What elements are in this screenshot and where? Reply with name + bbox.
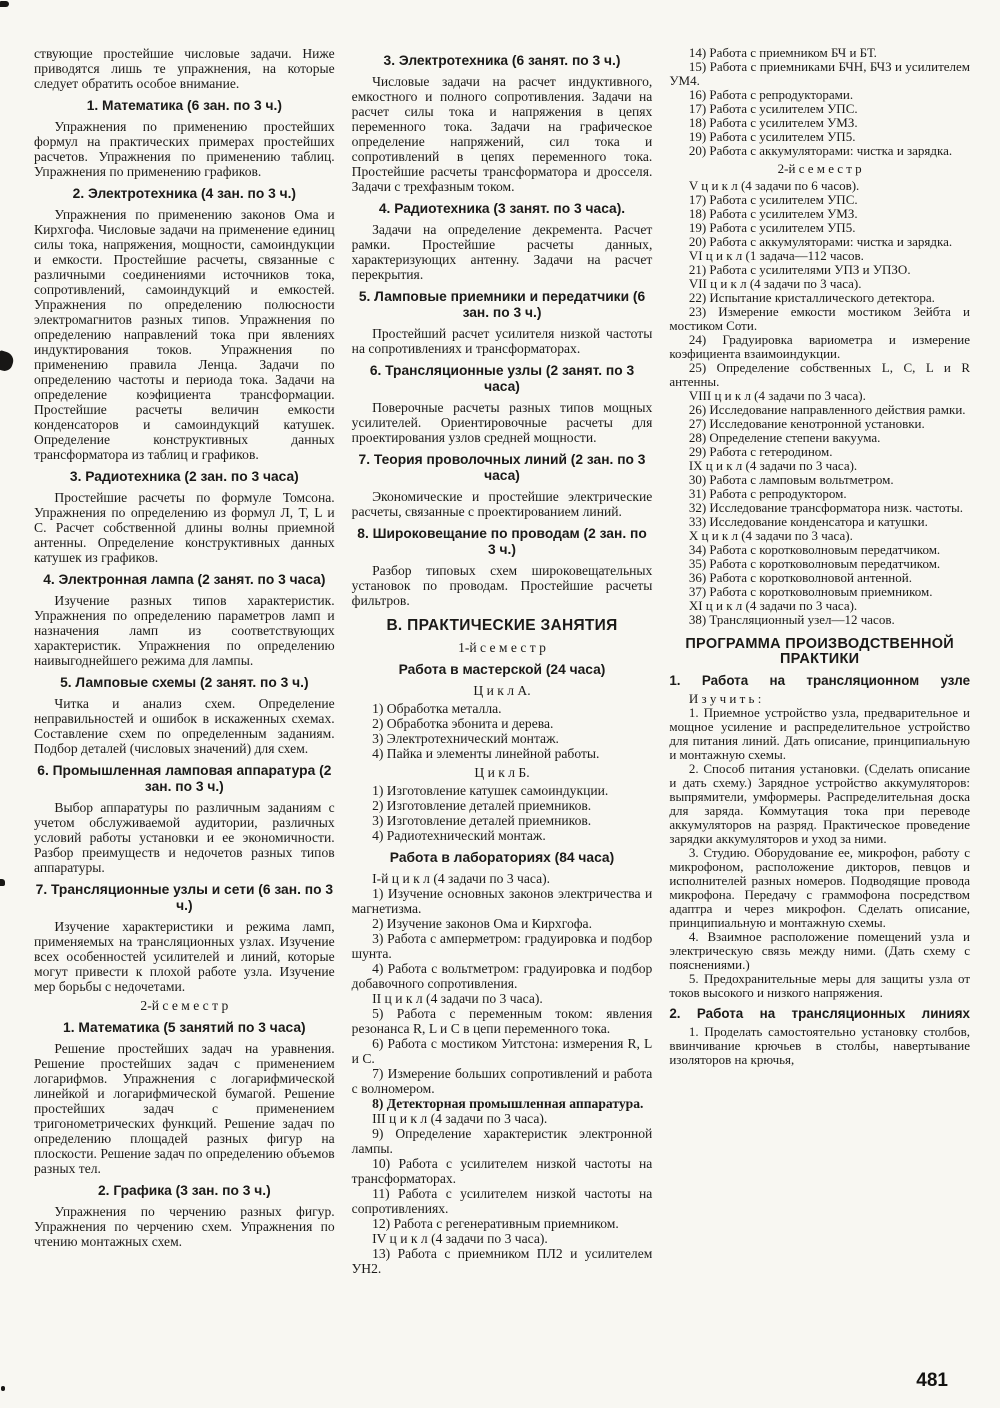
paragraph: Упражнения по черчению разных фигур. Упр… bbox=[34, 1204, 335, 1249]
paragraph: 9) Определение характеристик электронной… bbox=[352, 1126, 653, 1156]
paragraph: VIII ц и к л (4 задачи по 3 часа). bbox=[669, 389, 970, 403]
text-columns: ствующие простейшие числовые задачи. Ниж… bbox=[34, 46, 970, 1276]
paragraph: Изучение разных типов характеристик. Упр… bbox=[34, 593, 335, 668]
paragraph: 2. Способ питания установки. (Сделать оп… bbox=[669, 762, 970, 846]
section-heading: 3. Радиотехника (2 зан. по 3 часа) bbox=[34, 469, 335, 485]
centered-label: 1-й с е м е с т р bbox=[352, 640, 653, 655]
section-heading: 1. Математика (6 зан. по 3 ч.) bbox=[34, 98, 335, 114]
paragraph: 1) Изготовление катушек самоиндукции. bbox=[352, 783, 653, 798]
paragraph: 23) Измерение емкости мостиком Зейбта и … bbox=[669, 305, 970, 333]
paragraph: 36) Работа с коротковолновой антенной. bbox=[669, 571, 970, 585]
subsection-heading: 1. Работа на трансляционном узле bbox=[669, 673, 970, 689]
paragraph: V ц и к л (4 задачи по 6 часов). bbox=[669, 179, 970, 193]
paragraph: 31) Работа с репродуктором. bbox=[669, 487, 970, 501]
centered-label: Ц и к л А. bbox=[352, 683, 653, 698]
paragraph: 11) Работа с усилителем низкой частоты н… bbox=[352, 1186, 653, 1216]
section-heading: 3. Электротехника (6 занят. по 3 ч.) bbox=[352, 53, 653, 69]
paragraph: X ц и к л (4 задачи по 3 часа). bbox=[669, 529, 970, 543]
paragraph: 13) Работа с приемником ПЛ2 и усилителем… bbox=[352, 1246, 653, 1276]
paragraph: VII ц и к л (4 задачи по 3 часа). bbox=[669, 277, 970, 291]
paragraph: 34) Работа с коротковолновым передатчико… bbox=[669, 543, 970, 557]
paragraph: 21) Работа с усилителями УПЗ и УПЗО. bbox=[669, 263, 970, 277]
paragraph: 5. Предохранительные меры для защиты узл… bbox=[669, 972, 970, 1000]
paragraph: 3) Работа с амперметром: градуировка и п… bbox=[352, 931, 653, 961]
paragraph: Поверочные расчеты разных типов мощных у… bbox=[352, 400, 653, 445]
paragraph: 20) Работа с аккумуляторами: чистка и за… bbox=[669, 235, 970, 249]
paragraph: 35) Работа с коротковолновым передатчико… bbox=[669, 557, 970, 571]
ink-smudge bbox=[0, 1, 9, 7]
paragraph: Числовые задачи на расчет индуктивного, … bbox=[352, 74, 653, 194]
paragraph-continuation: ствующие простейшие числовые задачи. Ниж… bbox=[34, 46, 335, 91]
section-heading: 5. Ламповые приемники и передатчики (6 з… bbox=[352, 289, 653, 321]
paragraph: 27) Исследование кенотронной установки. bbox=[669, 417, 970, 431]
section-heading: 6. Трансляционные узлы (2 занят. по 3 ча… bbox=[352, 363, 653, 395]
section-heading: 1. Математика (5 занятий по 3 часа) bbox=[34, 1020, 335, 1036]
paragraph: Простейшие расчеты по формуле Томсона. У… bbox=[34, 490, 335, 565]
paragraph: 1) Изучение основных законов электричест… bbox=[352, 886, 653, 916]
paragraph: Экономические и простейшие электрические… bbox=[352, 489, 653, 519]
paragraph: 2) Изучение законов Ома и Кирхгофа. bbox=[352, 916, 653, 931]
paragraph: Простейший расчет усилителя низкой часто… bbox=[352, 326, 653, 356]
paragraph: 7) Измерение больших сопротивлений и раб… bbox=[352, 1066, 653, 1096]
paragraph: 25) Определение собственных L, С, L и R … bbox=[669, 361, 970, 389]
paragraph: 20) Работа с аккумуляторами: чистка и за… bbox=[669, 144, 970, 158]
paragraph: Читка и анализ схем. Определение неправи… bbox=[34, 696, 335, 756]
paragraph: Изучение характеристики и режима ламп, п… bbox=[34, 919, 335, 994]
centered-label: 2-й с е м е с т р bbox=[34, 998, 335, 1013]
paragraph: Упражнения по применению простейших форм… bbox=[34, 119, 335, 179]
paragraph: 6) Работа с мостиком Уитстона: измерения… bbox=[352, 1036, 653, 1066]
paragraph: Решение простейших задач на уравнения. Р… bbox=[34, 1041, 335, 1176]
ink-smudge bbox=[1, 1386, 5, 1391]
paragraph: 4. Взаимное расположение помещений узла … bbox=[669, 930, 970, 972]
paragraph: 17) Работа с усилителем УПС. bbox=[669, 193, 970, 207]
section-heading: 7. Теория проволочных линий (2 зан. по 3… bbox=[352, 452, 653, 484]
column-right: 14) Работа с приемником БЧ и БТ.15) Рабо… bbox=[669, 46, 970, 1276]
paragraph-bold: 8) Детекторная промышленная аппаратура. bbox=[352, 1096, 653, 1111]
paragraph: 1. Приемное устройство узла, предварител… bbox=[669, 706, 970, 762]
paragraph: 4) Пайка и элементы линейной работы. bbox=[352, 746, 653, 761]
paragraph: 3) Электротехнический монтаж. bbox=[352, 731, 653, 746]
paragraph: 3) Изготовление деталей приемников. bbox=[352, 813, 653, 828]
major-heading: ПРОГРАММА ПРОИЗВОДСТВЕННОЙ ПРАКТИКИ bbox=[669, 637, 970, 667]
paragraph: 3. Студию. Оборудование ее, микрофон, ра… bbox=[669, 846, 970, 930]
section-heading: 2. Графика (3 зан. по 3 ч.) bbox=[34, 1183, 335, 1199]
paragraph: И з у ч и т ь : bbox=[669, 692, 970, 706]
paragraph: 17) Работа с усилителем УПС. bbox=[669, 102, 970, 116]
paragraph: IX ц и к л (4 задачи по 3 часа). bbox=[669, 459, 970, 473]
scanned-document-page: ствующие простейшие числовые задачи. Ниж… bbox=[0, 0, 1000, 1408]
section-heading: 7. Трансляционные узлы и сети (6 зан. по… bbox=[34, 882, 335, 914]
paragraph: 1) Обработка металла. bbox=[352, 701, 653, 716]
section-heading: 2. Электротехника (4 зан. по 3 ч.) bbox=[34, 186, 335, 202]
paragraph: 19) Работа с усилителем УП5. bbox=[669, 130, 970, 144]
paragraph: IV ц и к л (4 задачи по 3 часа). bbox=[352, 1231, 653, 1246]
paragraph: 29) Работа с гетеродином. bbox=[669, 445, 970, 459]
paragraph: I-й ц и к л (4 задачи по 3 часа). bbox=[352, 871, 653, 886]
subsection-heading: 2. Работа на трансляционных линиях bbox=[669, 1006, 970, 1022]
paragraph: 24) Градуировка вариометра и измерение к… bbox=[669, 333, 970, 361]
paragraph: III ц и к л (4 задачи по 3 часа). bbox=[352, 1111, 653, 1126]
paragraph: 32) Исследование трансформатора низк. ча… bbox=[669, 501, 970, 515]
paragraph: 2) Изготовление деталей приемников. bbox=[352, 798, 653, 813]
paragraph: 12) Работа с регенеративным приемником. bbox=[352, 1216, 653, 1231]
paragraph: 2) Обработка эбонита и дерева. bbox=[352, 716, 653, 731]
paragraph: 14) Работа с приемником БЧ и БТ. bbox=[669, 46, 970, 60]
paragraph: 10) Работа с усилителем низкой частоты н… bbox=[352, 1156, 653, 1186]
section-heading: 6. Промышленная ламповая аппаратура (2 з… bbox=[34, 763, 335, 795]
section-heading: 8. Широковещание по проводам (2 зан. по … bbox=[352, 526, 653, 558]
section-heading: 5. Ламповые схемы (2 занят. по 3 ч.) bbox=[34, 675, 335, 691]
paragraph: 37) Работа с коротковолновым приемником. bbox=[669, 585, 970, 599]
column-middle: 3. Электротехника (6 занят. по 3 ч.)Числ… bbox=[352, 46, 653, 1276]
ink-smudge bbox=[0, 879, 5, 886]
section-heading: 4. Электронная лампа (2 занят. по 3 часа… bbox=[34, 572, 335, 588]
paragraph: 30) Работа с ламповым вольтметром. bbox=[669, 473, 970, 487]
paragraph: 4) Радиотехнический монтаж. bbox=[352, 828, 653, 843]
column-left: ствующие простейшие числовые задачи. Ниж… bbox=[34, 46, 335, 1276]
centered-label: 2-й с е м е с т р bbox=[669, 162, 970, 176]
paragraph: 16) Работа с репродукторами. bbox=[669, 88, 970, 102]
paragraph: Выбор аппаратуры по различным заданиям с… bbox=[34, 800, 335, 875]
major-heading: В. ПРАКТИЧЕСКИЕ ЗАНЯТИЯ bbox=[352, 618, 653, 634]
paragraph: 5) Работа с переменным током: явления ре… bbox=[352, 1006, 653, 1036]
paragraph: 26) Исследование направленного действия … bbox=[669, 403, 970, 417]
section-heading: Работа в лабораториях (84 часа) bbox=[352, 850, 653, 866]
paragraph: 18) Работа с усилителем УМЗ. bbox=[669, 116, 970, 130]
paragraph: Упражнения по применению законов Ома и К… bbox=[34, 207, 335, 462]
paragraph: 1. Проделать самостоятельно установку ст… bbox=[669, 1025, 970, 1067]
page-number: 481 bbox=[916, 1370, 948, 1392]
section-heading: 4. Радиотехника (3 занят. по 3 часа). bbox=[352, 201, 653, 217]
paragraph: VI ц и к л (1 задача—112 часов. bbox=[669, 249, 970, 263]
paragraph: 28) Определение степени вакуума. bbox=[669, 431, 970, 445]
paragraph: Разбор типовых схем широковещательных ус… bbox=[352, 563, 653, 608]
centered-label: Ц и к л Б. bbox=[352, 765, 653, 780]
paragraph: 15) Работа с приемниками БЧН, БЧЗ и усил… bbox=[669, 60, 970, 88]
paragraph: II ц и к л (4 задачи по 3 часа). bbox=[352, 991, 653, 1006]
paragraph: 4) Работа с вольтметром: градуировка и п… bbox=[352, 961, 653, 991]
ink-smudge bbox=[0, 350, 16, 373]
paragraph: 38) Трансляционный узел—12 часов. bbox=[669, 613, 970, 627]
paragraph: 22) Испытание кристаллического детектора… bbox=[669, 291, 970, 305]
paragraph: 33) Исследование конденсатора и катушки. bbox=[669, 515, 970, 529]
paragraph: 18) Работа с усилителем УМЗ. bbox=[669, 207, 970, 221]
paragraph: 19) Работа с усилителем УП5. bbox=[669, 221, 970, 235]
section-heading: Работа в мастерской (24 часа) bbox=[352, 662, 653, 678]
paragraph: Задачи на определение декремента. Расчет… bbox=[352, 222, 653, 282]
paragraph: XI ц и к л (4 задачи по 3 часа). bbox=[669, 599, 970, 613]
